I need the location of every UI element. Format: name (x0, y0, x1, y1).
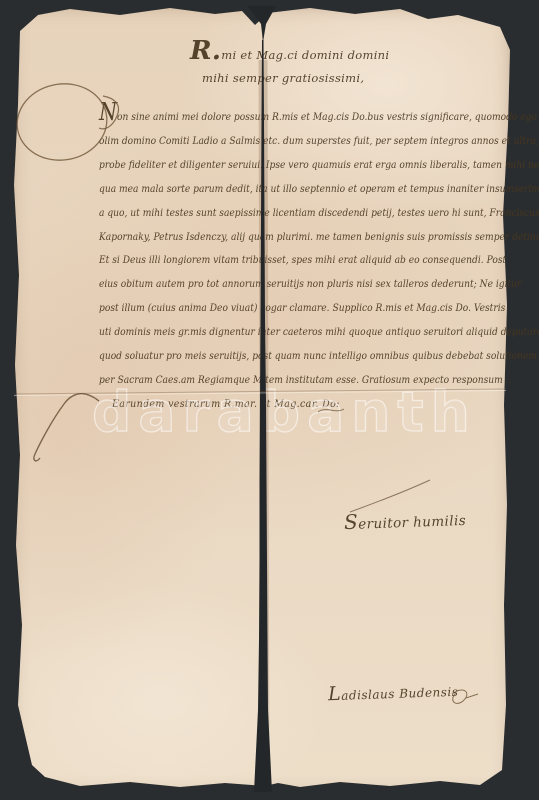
body-line: probe fideliter et diligenter seruiui. I… (99, 154, 517, 178)
manuscript-photo: R.mi et Mag.ci domini domini mihi semper… (0, 0, 539, 800)
body-line: quod soluatur pro meis seruitijs, post q… (99, 345, 517, 369)
body-line: uti dominis meis gr.mis dignentur inter … (99, 321, 517, 345)
body-line: post illum (cuius anima Deo viuat) cogar… (99, 297, 517, 321)
body-line: a quo, ut mihi testes sunt saepissime li… (99, 202, 517, 226)
body-text: Non sine animi mei dolore possum R.mis e… (99, 106, 517, 393)
body-line: Kapornaky, Petrus Isdenczy, alij quam pl… (99, 226, 517, 250)
signoff-line: Seruitor humilis (344, 506, 467, 534)
signature-line: Ladislaus Budensis (328, 679, 459, 706)
salutation: R.mi et Mag.ci domini domini mihi semper… (190, 44, 410, 90)
body-line: eius obitum autem pro tot annorum seruit… (99, 273, 517, 297)
salutation-line: mihi semper gratiosissimi, (190, 67, 410, 90)
closing-line: Earundem vestrarum R.mar. et Mag.car. Do… (112, 398, 340, 410)
body-line: per Sacram Caes.am Regiamque M.tem insti… (99, 369, 517, 393)
body-line: olim domino Comiti Ladio a Salmis etc. d… (99, 130, 517, 154)
body-line: Et si Deus illi longiorem vitam tribuiss… (99, 249, 517, 273)
body-line: qua mea mala sorte parum dedit, ita ut i… (99, 178, 517, 202)
salutation-line: R.mi et Mag.ci domini domini (190, 44, 410, 67)
body-line: Non sine animi mei dolore possum R.mis e… (99, 106, 517, 130)
